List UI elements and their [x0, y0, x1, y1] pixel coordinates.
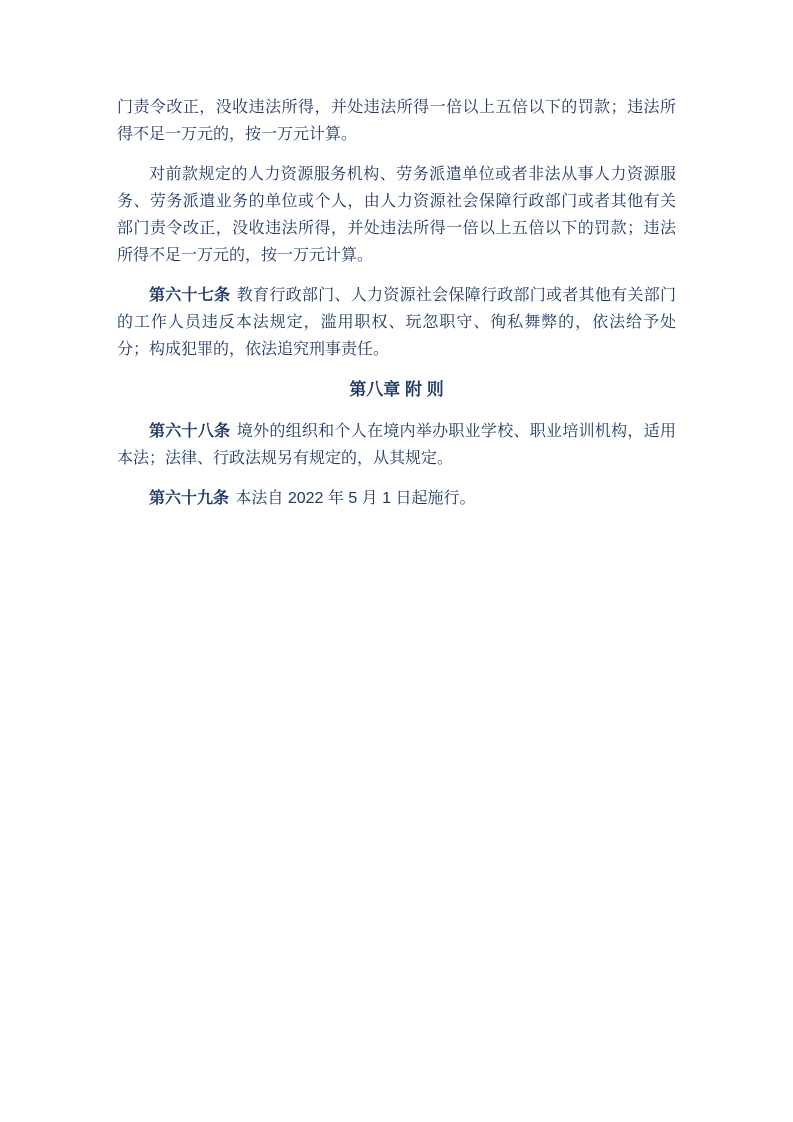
article-68-paragraph: 第六十八条境外的组织和个人在境内举办职业学校、职业培训机构，适用本法；法律、行政…: [117, 418, 676, 472]
paragraph-text: 本法自 2022 年 5 月 1 日起施行。: [235, 490, 475, 507]
paragraph-text: 对前款规定的人力资源服务机构、劳务派遣单位或者非法从事人力资源服务、劳务派遣业务…: [117, 166, 676, 264]
article-67-paragraph: 第六十七条教育行政部门、人力资源社会保障行政部门或者其他有关部门的工作人员违反本…: [117, 282, 676, 363]
document-page: 门责令改正，没收违法所得，并处违法所得一倍以上五倍以下的罚款；违法所得不足一万元…: [0, 0, 793, 1122]
labor-dispatch-paragraph: 对前款规定的人力资源服务机构、劳务派遣单位或者非法从事人力资源服务、劳务派遣业务…: [117, 161, 676, 269]
article-69-number: 第六十九条: [149, 490, 229, 507]
paragraph-text: 门责令改正，没收违法所得，并处违法所得一倍以上五倍以下的罚款；违法所得不足一万元…: [117, 99, 676, 143]
article-69-paragraph: 第六十九条本法自 2022 年 5 月 1 日起施行。: [117, 485, 676, 512]
chapter-8-heading: 第八章 附 则: [117, 376, 676, 403]
continuation-paragraph: 门责令改正，没收违法所得，并处违法所得一倍以上五倍以下的罚款；违法所得不足一万元…: [117, 94, 676, 148]
article-67-number: 第六十七条: [149, 287, 230, 304]
article-68-number: 第六十八条: [149, 423, 230, 440]
